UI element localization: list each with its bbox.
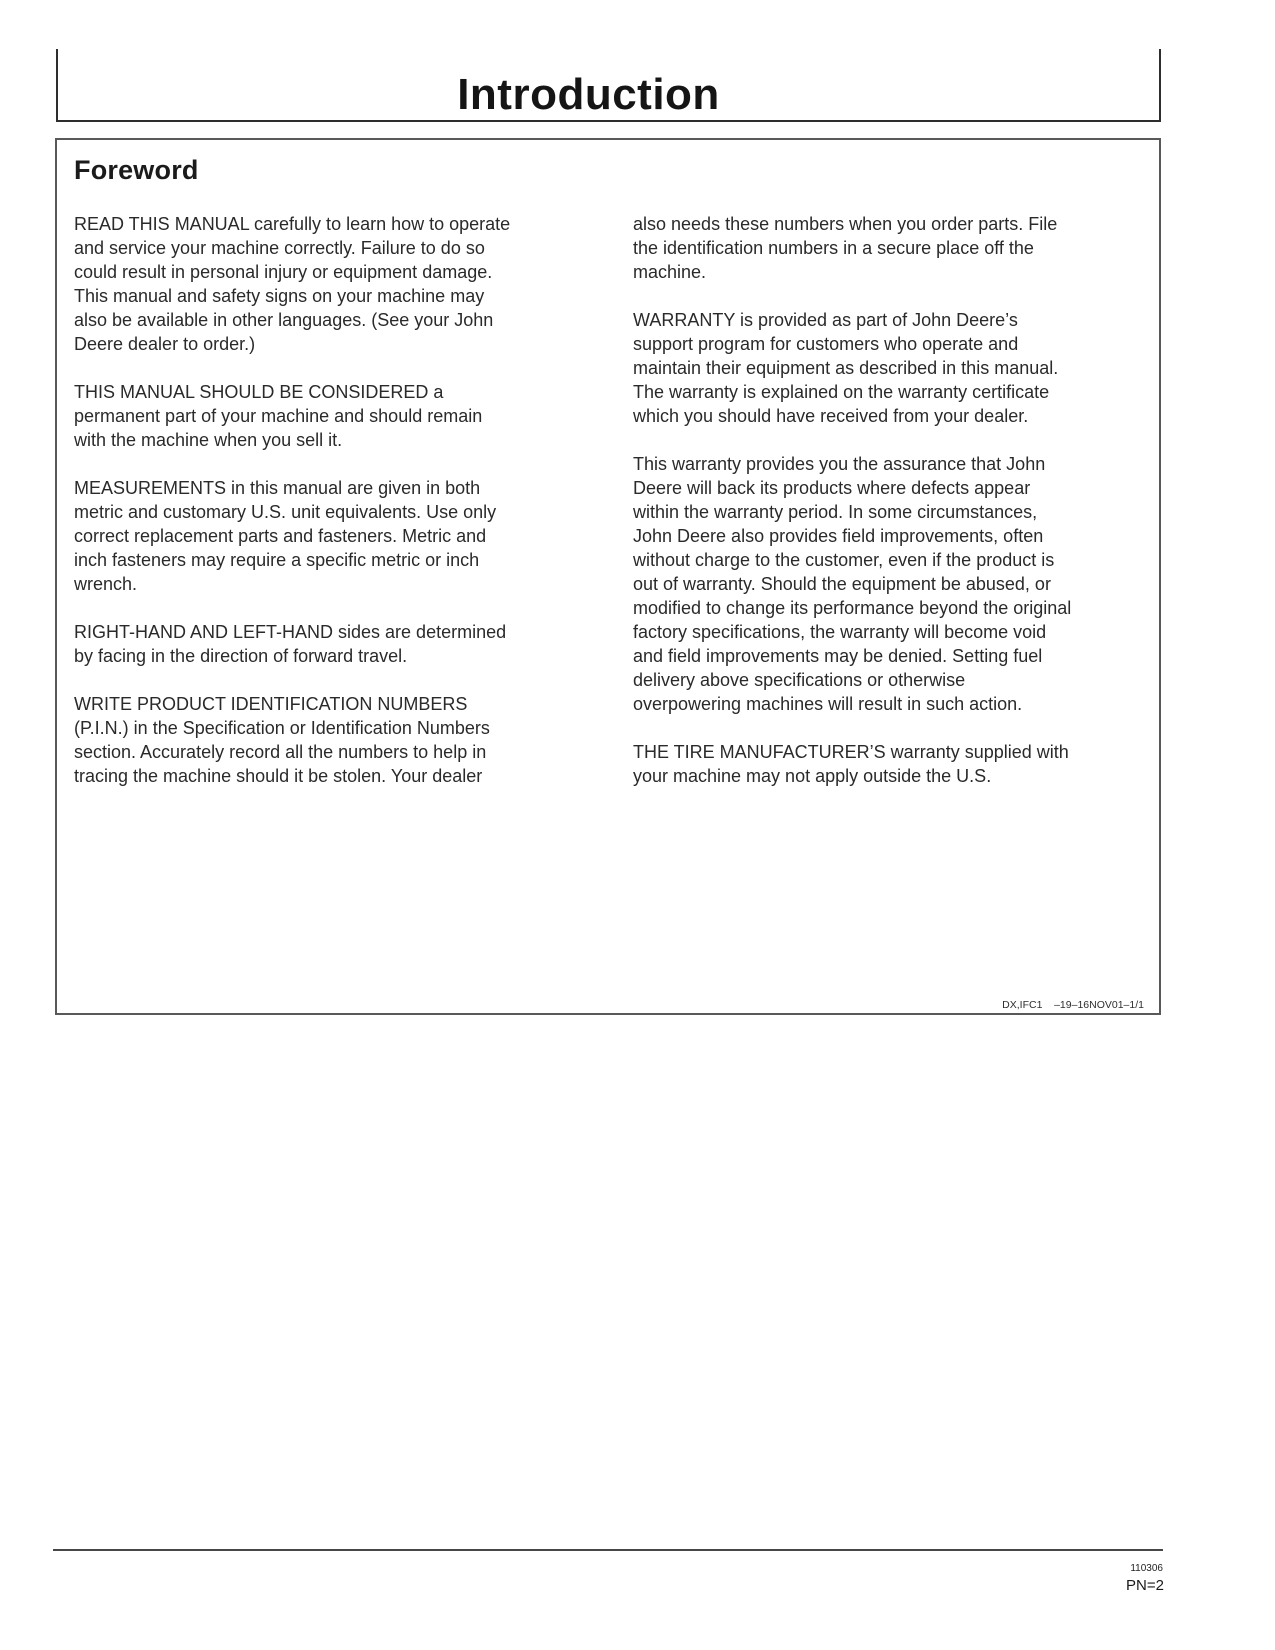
- title-banner: Introduction: [56, 49, 1161, 122]
- paragraph: WRITE PRODUCT IDENTIFICATION NUMBERS (P.…: [74, 692, 586, 788]
- paragraph: This warranty provides you the assurance…: [633, 452, 1142, 716]
- reference-code: DX,IFC1 –19–16NOV01–1/1: [1002, 999, 1144, 1011]
- paragraph: WARRANTY is provided as part of John Dee…: [633, 308, 1142, 428]
- footer-doc-number: 110306: [1130, 1563, 1163, 1575]
- paragraph: THE TIRE MANUFACTURER’S warranty supplie…: [633, 740, 1142, 788]
- paragraph: THIS MANUAL SHOULD BE CONSIDERED a perma…: [74, 380, 586, 452]
- right-column: also needs these numbers when you order …: [633, 212, 1142, 812]
- paragraph: RIGHT-HAND AND LEFT-HAND sides are deter…: [74, 620, 586, 668]
- page-title: Introduction: [457, 73, 720, 120]
- section-heading: Foreword: [74, 154, 1142, 186]
- footer-page-number: PN=2: [1126, 1577, 1164, 1594]
- paragraph: MEASUREMENTS in this manual are given in…: [74, 476, 586, 596]
- foreword-section: Foreword READ THIS MANUAL carefully to l…: [55, 138, 1161, 1015]
- paragraph: READ THIS MANUAL carefully to learn how …: [74, 212, 586, 356]
- left-column: READ THIS MANUAL carefully to learn how …: [74, 212, 586, 812]
- footer-rule: [53, 1549, 1163, 1551]
- paragraph: also needs these numbers when you order …: [633, 212, 1142, 284]
- two-column-text: READ THIS MANUAL carefully to learn how …: [74, 212, 1142, 812]
